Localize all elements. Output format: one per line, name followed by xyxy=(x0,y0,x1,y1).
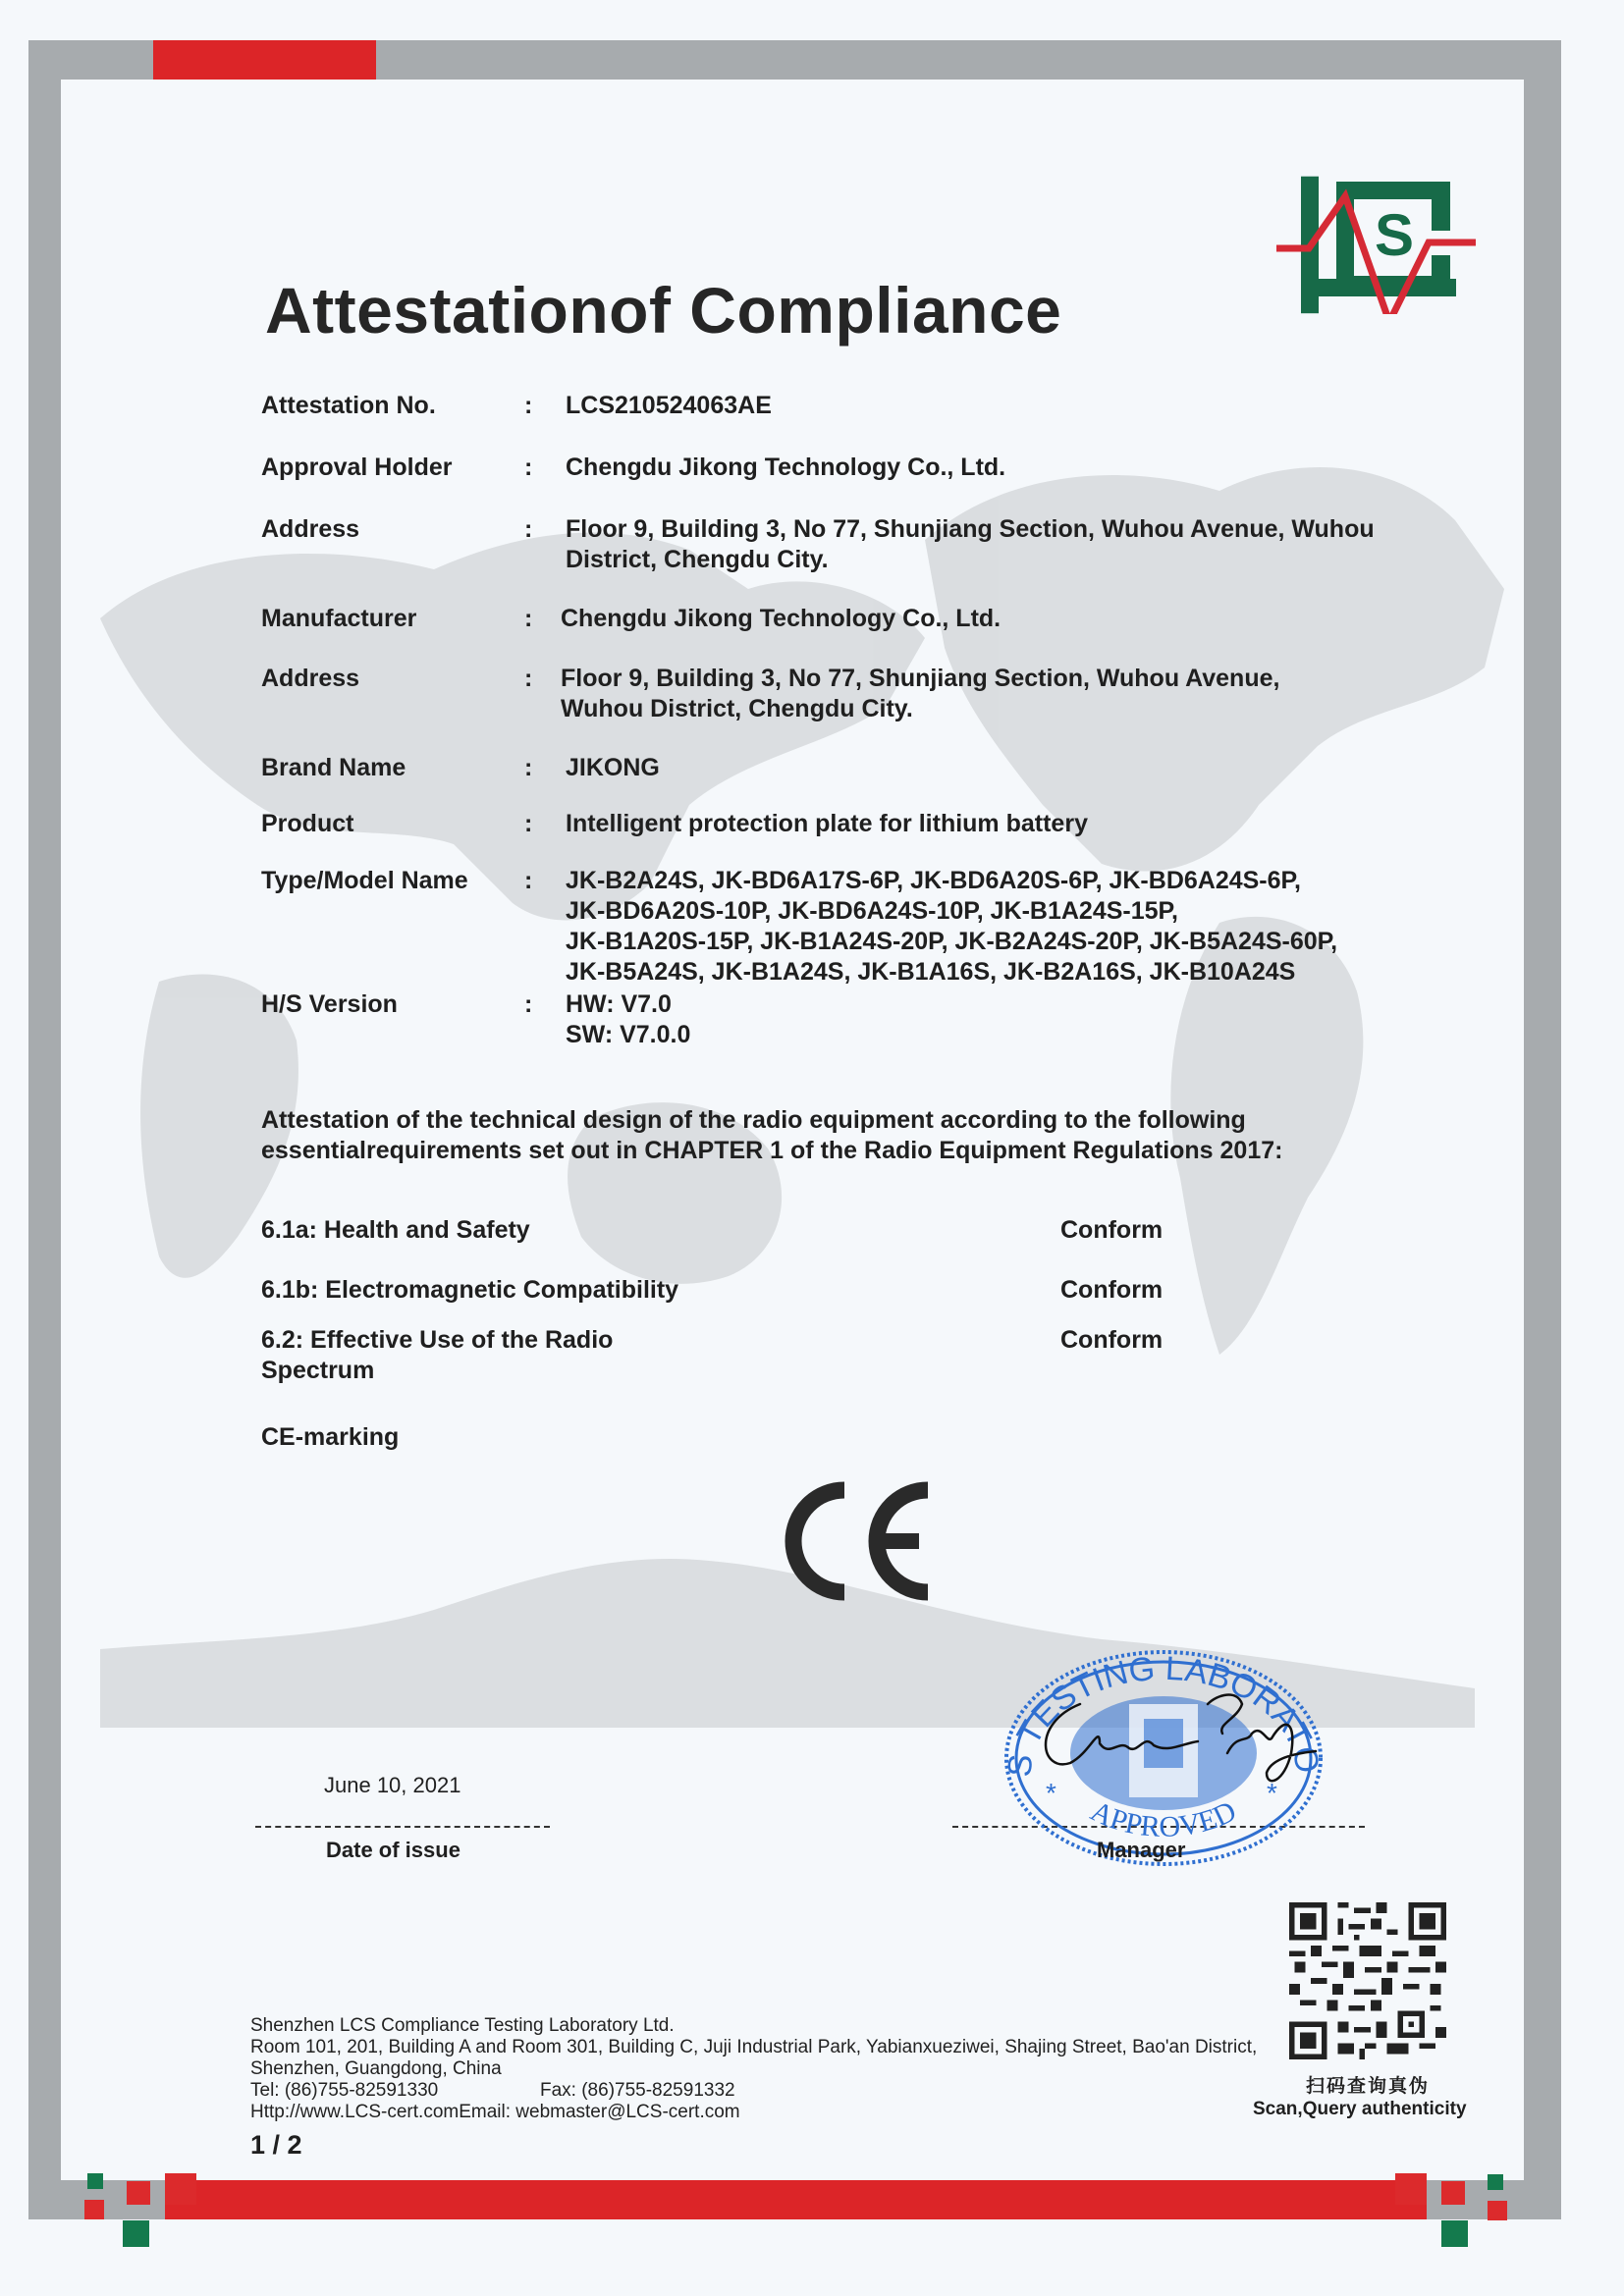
requirement-health-safety: 6.1a: Health and Safety Conform xyxy=(261,1215,674,1246)
field-label: Attestation No. xyxy=(261,391,516,421)
lab-fax: Fax: (86)755-82591332 xyxy=(540,2080,735,2102)
field-label: Approval Holder xyxy=(261,453,516,483)
field-colon: : xyxy=(524,514,532,545)
field-holder-address: Address : Floor 9, Building 3, No 77, Sh… xyxy=(261,514,1469,575)
requirement-status: Conform xyxy=(1060,1325,1163,1356)
corner-square-red xyxy=(127,2181,150,2205)
corner-square-red xyxy=(165,2173,196,2205)
field-colon: : xyxy=(524,989,532,1020)
lab-telephone: Tel: (86)755-82591330 xyxy=(250,2080,438,2101)
field-value: Floor 9, Building 3, No 77, Shunjiang Se… xyxy=(561,664,1469,724)
red-accent-bar-bottom xyxy=(165,2180,1427,2219)
field-colon: : xyxy=(524,453,532,483)
lcs-logo: S xyxy=(1252,147,1478,314)
field-label: Type/Model Name xyxy=(261,866,516,896)
field-value: Chengdu Jikong Technology Co., Ltd. xyxy=(561,604,1469,634)
field-value: HW: V7.0 SW: V7.0.0 xyxy=(566,989,1469,1050)
verification-qr-code[interactable] xyxy=(1288,1902,1447,2059)
field-value: Chengdu Jikong Technology Co., Ltd. xyxy=(566,453,1469,483)
field-brand-name: Brand Name : JIKONG xyxy=(261,753,1469,783)
field-label: H/S Version xyxy=(261,989,516,1020)
requirement-radio-spectrum: 6.2: Effective Use of the Radio Spectrum… xyxy=(261,1325,674,1386)
field-label: Address xyxy=(261,664,516,694)
field-value: JIKONG xyxy=(566,753,1469,783)
corner-square-green xyxy=(1441,2220,1468,2247)
corner-square-red xyxy=(1488,2201,1507,2220)
field-value: JK-B2A24S, JK-BD6A17S-6P, JK-BD6A20S-6P,… xyxy=(566,866,1469,988)
lab-web-email[interactable]: Http://www.LCS-cert.comEmail: webmaster@… xyxy=(250,2102,1257,2123)
ce-marking-label: CE-marking xyxy=(261,1423,399,1452)
frame-right-bar xyxy=(1524,40,1561,2219)
field-model-names: Type/Model Name : JK-B2A24S, JK-BD6A17S-… xyxy=(261,866,1469,988)
qr-caption-chinese: 扫码查询真伪 xyxy=(1306,2071,1430,2098)
requirement-name: 6.2: Effective Use of the Radio Spectrum xyxy=(261,1325,674,1386)
field-value: Intelligent protection plate for lithium… xyxy=(566,809,1469,839)
svg-text:*: * xyxy=(1267,1778,1277,1808)
corner-square-red xyxy=(1441,2181,1465,2205)
lab-company-name: Shenzhen LCS Compliance Testing Laborato… xyxy=(250,2015,1257,2037)
red-accent-bar-top xyxy=(153,40,376,80)
field-colon: : xyxy=(524,753,532,783)
field-label: Address xyxy=(261,514,516,545)
field-colon: : xyxy=(524,391,532,421)
date-signature-line xyxy=(255,1826,550,1828)
requirement-status: Conform xyxy=(1060,1215,1163,1246)
field-hs-version: H/S Version : HW: V7.0 SW: V7.0.0 xyxy=(261,989,1469,1050)
field-approval-holder: Approval Holder : Chengdu Jikong Technol… xyxy=(261,453,1469,483)
field-attestation-no: Attestation No. : LCS210524063AE xyxy=(261,391,1469,421)
field-colon: : xyxy=(524,866,532,896)
field-value: LCS210524063AE xyxy=(566,391,1469,421)
approval-stamp: LCS TESTING LABORATORY APPROVED * * xyxy=(972,1635,1345,1871)
field-value: Floor 9, Building 3, No 77, Shunjiang Se… xyxy=(566,514,1469,575)
corner-square-green xyxy=(1488,2174,1503,2190)
date-of-issue-label: Date of issue xyxy=(326,1838,460,1863)
ce-mark-icon xyxy=(776,1472,943,1610)
corner-square-green xyxy=(123,2220,149,2247)
corner-square-green xyxy=(87,2173,103,2189)
frame-left-bar xyxy=(28,40,61,2219)
requirement-status: Conform xyxy=(1060,1275,1163,1306)
page-number: 1 / 2 xyxy=(250,2130,302,2161)
qr-caption-english: Scan,Query authenticity xyxy=(1253,2099,1467,2120)
svg-text:S: S xyxy=(1375,202,1414,268)
issue-date: June 10, 2021 xyxy=(324,1773,460,1798)
corner-square-red xyxy=(84,2200,104,2219)
document-title: Attestationof Compliance xyxy=(265,273,1061,347)
lab-contact-footer: Shenzhen LCS Compliance Testing Laborato… xyxy=(250,2015,1257,2123)
requirement-name: 6.1a: Health and Safety xyxy=(261,1215,674,1246)
field-manufacturer-address: Address : Floor 9, Building 3, No 77, Sh… xyxy=(261,664,1469,724)
lab-address-line-1: Room 101, 201, Building A and Room 301, … xyxy=(250,2037,1257,2058)
field-colon: : xyxy=(524,664,532,694)
field-product: Product : Intelligent protection plate f… xyxy=(261,809,1469,839)
field-manufacturer: Manufacturer : Chengdu Jikong Technology… xyxy=(261,604,1469,634)
field-label: Manufacturer xyxy=(261,604,516,634)
requirement-emc: 6.1b: Electromagnetic Compatibility Conf… xyxy=(261,1275,850,1306)
svg-text:*: * xyxy=(1046,1778,1056,1808)
corner-square-red xyxy=(1395,2173,1427,2205)
lab-address-line-2: Shenzhen, Guangdong, China xyxy=(250,2058,1257,2080)
field-label: Brand Name xyxy=(261,753,516,783)
requirement-name: 6.1b: Electromagnetic Compatibility xyxy=(261,1275,850,1306)
field-colon: : xyxy=(524,604,532,634)
manager-label: Manager xyxy=(1097,1838,1185,1863)
field-colon: : xyxy=(524,809,532,839)
attestation-statement: Attestation of the technical design of t… xyxy=(261,1105,1390,1166)
field-label: Product xyxy=(261,809,516,839)
